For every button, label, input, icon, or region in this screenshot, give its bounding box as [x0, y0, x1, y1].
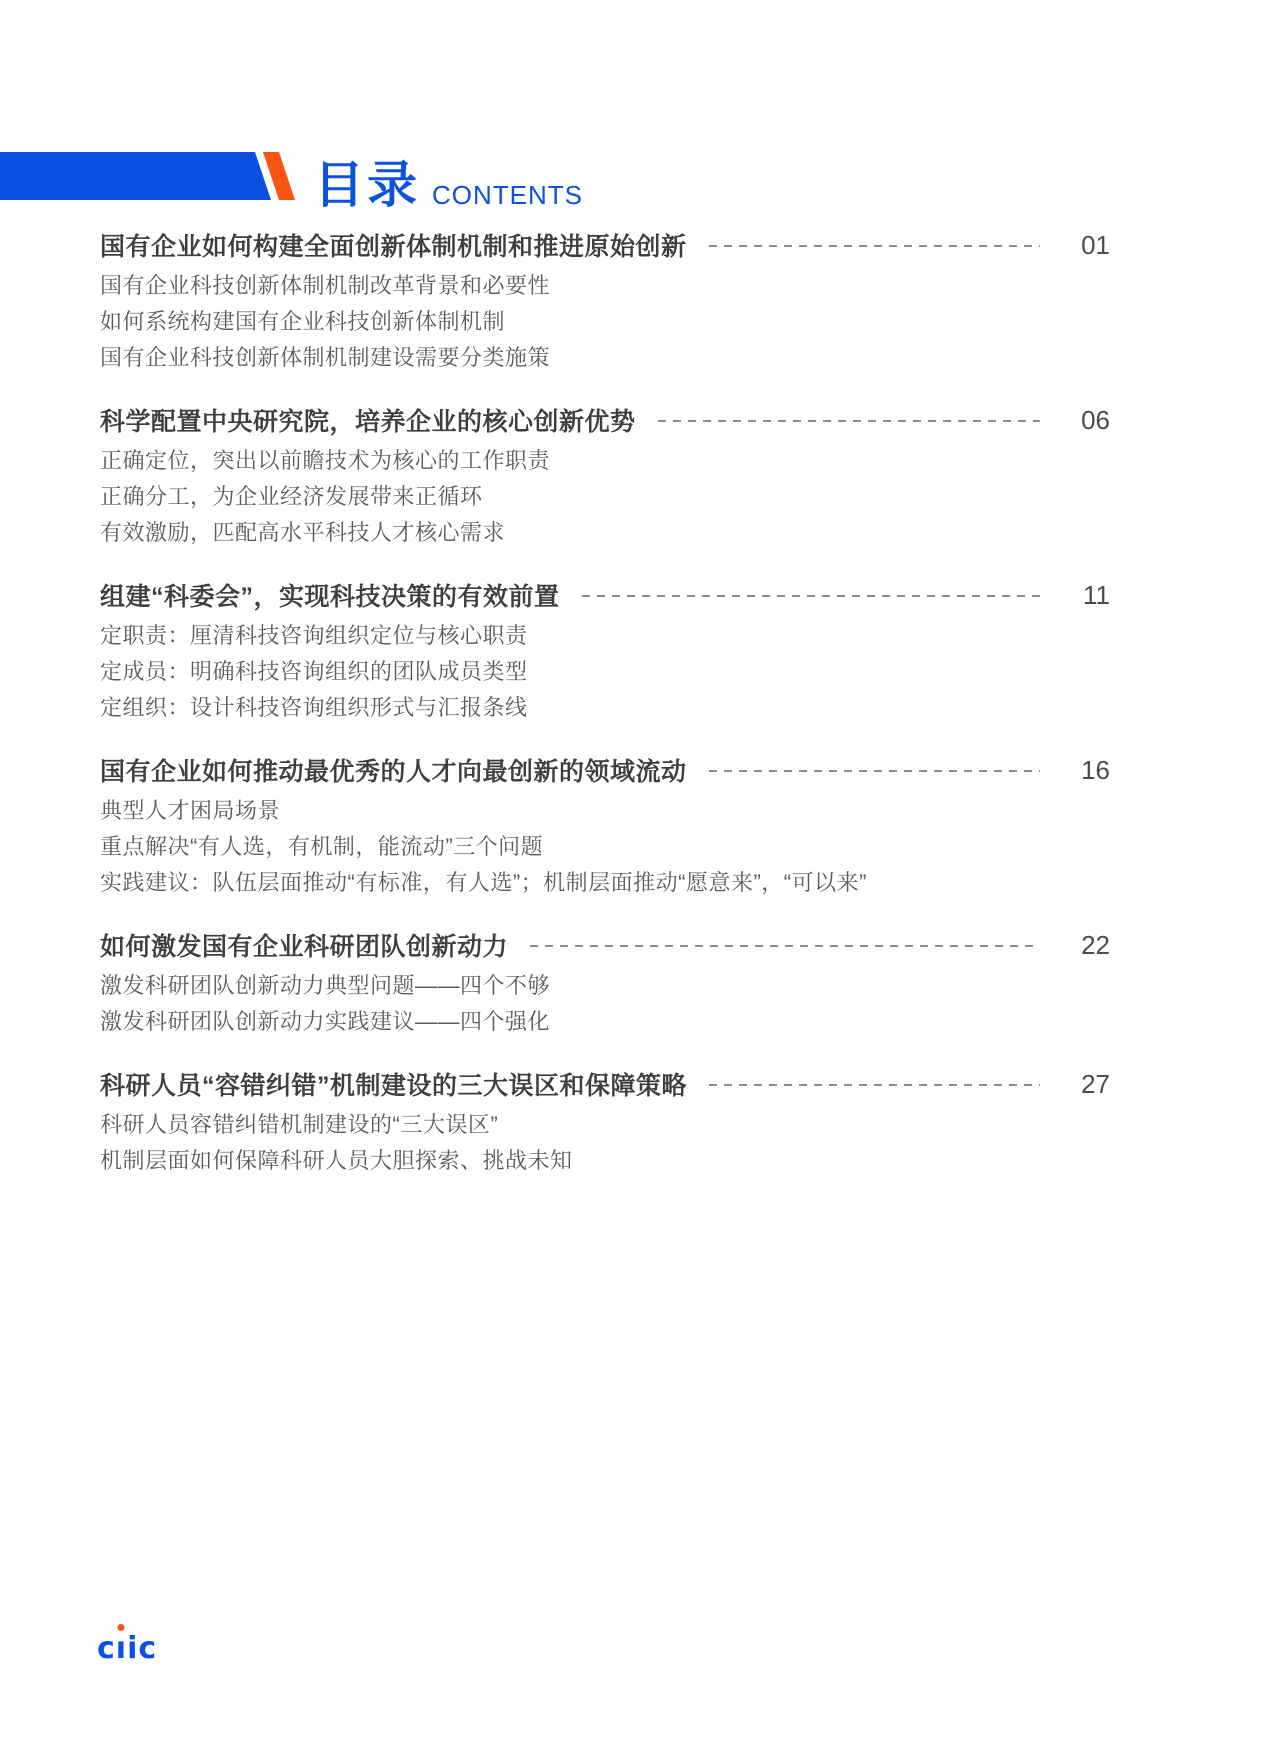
logo-letter: c: [97, 1634, 116, 1664]
toc-page-number: 06: [1066, 405, 1110, 436]
toc-subitem: 正确定位，突出以前瞻技术为核心的工作职责: [100, 443, 1110, 479]
toc-subitem: 正确分工，为企业经济发展带来正循环: [100, 479, 1110, 515]
dotted-leader: [709, 245, 1040, 247]
dotted-leader: [582, 595, 1040, 597]
toc-entry-title[interactable]: 国有企业如何推动最优秀的人才向最创新的领域流动: [100, 752, 687, 788]
logo-letter: i: [127, 1634, 138, 1664]
toc-list: 国有企业如何构建全面创新体制机制和推进原始创新 01 国有企业科技创新体制机制改…: [100, 230, 1110, 1208]
toc-section: 科学配置中央研究院，培养企业的核心创新优势 06 正确定位，突出以前瞻技术为核心…: [100, 405, 1110, 551]
page-title: 目录: [314, 158, 420, 213]
toc-section: 国有企业如何构建全面创新体制机制和推进原始创新 01 国有企业科技创新体制机制改…: [100, 230, 1110, 376]
toc-page-number: 22: [1066, 930, 1110, 961]
blue-bar-shape: [0, 152, 271, 200]
toc-subitem: 激发科研团队创新动力典型问题——四个不够: [100, 968, 1110, 1004]
toc-subitem: 机制层面如何保障科研人员大胆探索、挑战未知: [100, 1143, 1110, 1179]
cjic-logo: c ı i c: [97, 1634, 157, 1664]
toc-page-number: 27: [1066, 1069, 1110, 1100]
toc-entry-title[interactable]: 科研人员“容错纠错”机制建设的三大误区和保障策略: [100, 1066, 687, 1102]
toc-entry-title[interactable]: 科学配置中央研究院，培养企业的核心创新优势: [100, 402, 636, 438]
toc-subitem: 国有企业科技创新体制机制建设需要分类施策: [100, 340, 1110, 376]
toc-entry[interactable]: 国有企业如何构建全面创新体制机制和推进原始创新 01: [100, 230, 1110, 260]
toc-subitem: 激发科研团队创新动力实践建议——四个强化: [100, 1004, 1110, 1040]
toc-entry[interactable]: 科研人员“容错纠错”机制建设的三大误区和保障策略 27: [100, 1069, 1110, 1099]
toc-page-number: 01: [1066, 230, 1110, 261]
toc-subitem: 有效激励，匹配高水平科技人才核心需求: [100, 515, 1110, 551]
toc-section: 组建“科委会”，实现科技决策的有效前置 11 定职责：厘清科技咨询组织定位与核心…: [100, 580, 1110, 726]
toc-entry[interactable]: 如何激发国有企业科研团队创新动力 22: [100, 930, 1110, 960]
dotted-leader: [709, 1084, 1040, 1086]
toc-subitem: 国有企业科技创新体制机制改革背景和必要性: [100, 268, 1110, 304]
toc-page-number: 16: [1066, 755, 1110, 786]
toc-subitem: 实践建议：队伍层面推动“有标准，有人选”；机制层面推动“愿意来”，“可以来”: [100, 865, 1110, 901]
logo-letter: ı: [116, 1631, 127, 1666]
dotted-leader: [709, 770, 1040, 772]
toc-entry[interactable]: 组建“科委会”，实现科技决策的有效前置 11: [100, 580, 1110, 610]
toc-entry[interactable]: 科学配置中央研究院，培养企业的核心创新优势 06: [100, 405, 1110, 435]
toc-entry[interactable]: 国有企业如何推动最优秀的人才向最创新的领域流动 16: [100, 755, 1110, 785]
contents-page: 目录 CONTENTS 国有企业如何构建全面创新体制机制和推进原始创新 01 国…: [0, 0, 1280, 1737]
header-accent-bar: [0, 152, 300, 200]
toc-subitem: 定成员：明确科技咨询组织的团队成员类型: [100, 654, 1110, 690]
logo-letter: c: [138, 1634, 157, 1664]
toc-subitem: 典型人才困局场景: [100, 793, 1110, 829]
toc-section: 科研人员“容错纠错”机制建设的三大误区和保障策略 27 科研人员容错纠错机制建设…: [100, 1069, 1110, 1179]
dotted-leader: [530, 945, 1040, 947]
toc-subitem: 定职责：厘清科技咨询组织定位与核心职责: [100, 618, 1110, 654]
dotted-leader: [658, 420, 1040, 422]
toc-subitem: 重点解决“有人选，有机制，能流动”三个问题: [100, 829, 1110, 865]
toc-entry-title[interactable]: 国有企业如何构建全面创新体制机制和推进原始创新: [100, 227, 687, 263]
logo-letter-j: ı: [116, 1634, 127, 1664]
toc-subitem: 定组织：设计科技咨询组织形式与汇报条线: [100, 690, 1110, 726]
page-subtitle: CONTENTS: [432, 180, 583, 211]
toc-subitem: 如何系统构建国有企业科技创新体制机制: [100, 304, 1110, 340]
toc-section: 如何激发国有企业科研团队创新动力 22 激发科研团队创新动力典型问题——四个不够…: [100, 930, 1110, 1040]
logo-j-dot: [118, 1624, 125, 1631]
toc-section: 国有企业如何推动最优秀的人才向最创新的领域流动 16 典型人才困局场景 重点解决…: [100, 755, 1110, 901]
toc-subitem: 科研人员容错纠错机制建设的“三大误区”: [100, 1107, 1110, 1143]
toc-entry-title[interactable]: 组建“科委会”，实现科技决策的有效前置: [100, 577, 560, 613]
toc-entry-title[interactable]: 如何激发国有企业科研团队创新动力: [100, 927, 508, 963]
toc-page-number: 11: [1066, 580, 1110, 611]
